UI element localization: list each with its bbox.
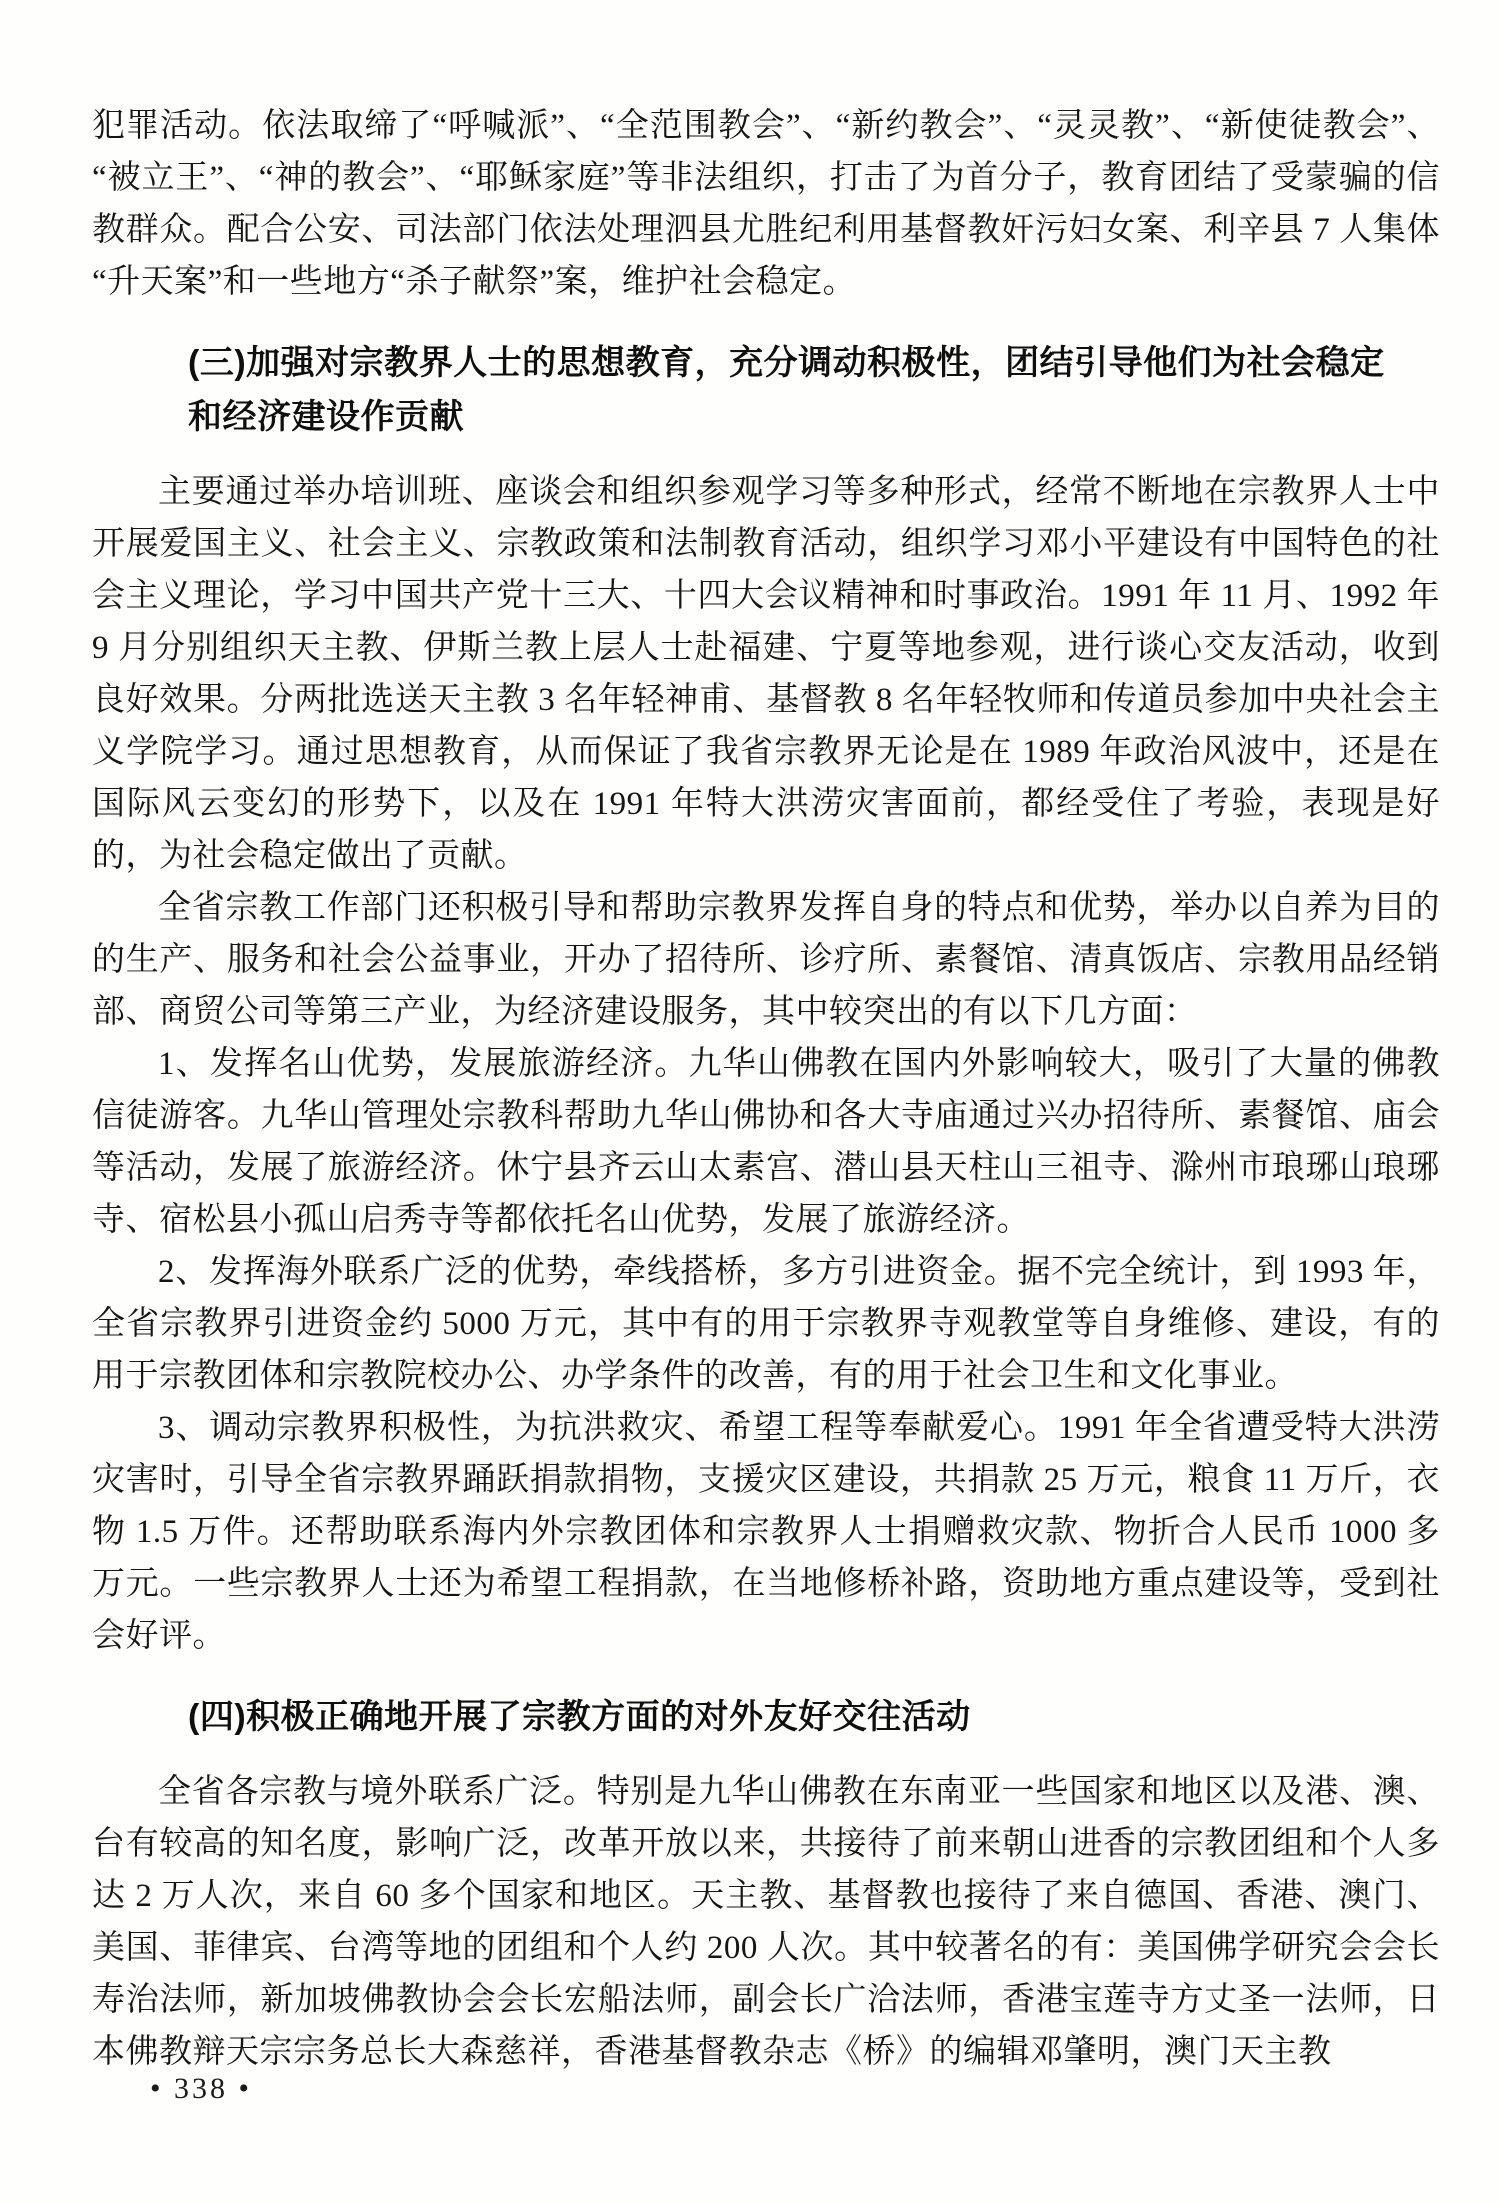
body-paragraph: 主要通过举办培训班、座谈会和组织参观学习等多种形式，经常不断地在宗教界人士中开展… [92, 466, 1440, 882]
page-number: • 338 • [150, 2072, 252, 2106]
section-heading-four: (四)积极正确地开展了宗教方面的对外友好交往活动 [188, 1690, 1440, 1744]
body-paragraph: 全省各宗教与境外联系广泛。特别是九华山佛教在东南亚一些国家和地区以及港、澳、台有… [92, 1766, 1440, 2078]
section-heading-three: (三)加强对宗教界人士的思想教育，充分调动积极性，团结引导他们为社会稳定 和经济… [188, 336, 1440, 444]
section-heading-four-line-1: (四)积极正确地开展了宗教方面的对外友好交往活动 [188, 1690, 1440, 1744]
body-paragraph: 全省宗教工作部门还积极引导和帮助宗教界发挥自身的特点和优势，举办以自养为目的的生… [92, 882, 1440, 1038]
section-heading-three-line-1: (三)加强对宗教界人士的思想教育，充分调动积极性，团结引导他们为社会稳定 [188, 336, 1440, 390]
page-text-block: 犯罪活动。依法取缔了“呼喊派”、“全范围教会”、“新约教会”、“灵灵教”、“新使… [92, 100, 1440, 2078]
body-paragraph-continuation: 犯罪活动。依法取缔了“呼喊派”、“全范围教会”、“新约教会”、“灵灵教”、“新使… [92, 100, 1440, 308]
body-paragraph-item-3: 3、调动宗教界积极性，为抗洪救灾、希望工程等奉献爱心。1991 年全省遭受特大洪… [92, 1402, 1440, 1662]
body-paragraph-item-2: 2、发挥海外联系广泛的优势，牵线搭桥，多方引进资金。据不完全统计，到 1993 … [92, 1246, 1440, 1402]
body-paragraph-item-1: 1、发挥名山优势，发展旅游经济。九华山佛教在国内外影响较大，吸引了大量的佛教信徒… [92, 1038, 1440, 1246]
section-heading-three-line-2: 和经济建设作贡献 [188, 390, 1440, 444]
scanned-book-page: 犯罪活动。依法取缔了“呼喊派”、“全范围教会”、“新约教会”、“灵灵教”、“新使… [0, 0, 1500, 2204]
